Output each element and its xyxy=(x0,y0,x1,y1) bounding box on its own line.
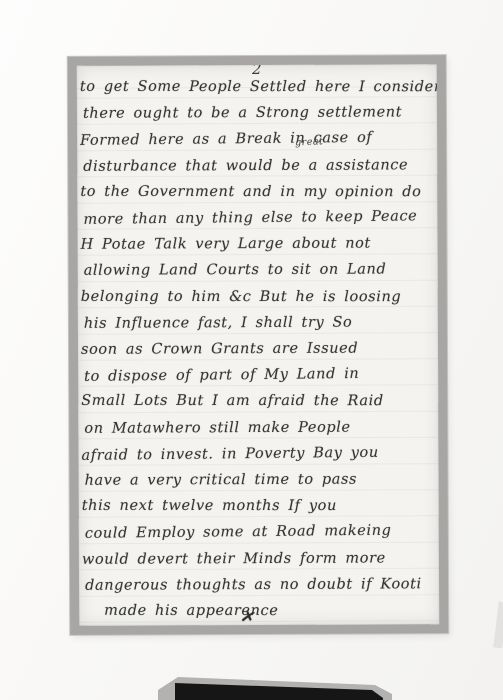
scan-background: { "photo": { "page_number": "2", "lines"… xyxy=(0,0,503,700)
inserted-word-above-line: great xyxy=(295,136,324,148)
photograph-of-letter-page: 2 to get Some People Settled here I cons… xyxy=(68,55,449,635)
manuscript-line: could Employ some at Road makeing xyxy=(85,518,435,548)
manuscript-line: Formed here as a Break in case of xyxy=(80,125,433,155)
manuscript-line: have a very critical time to pass xyxy=(85,466,435,494)
manuscript-line: soon as Crown Grants are Issued xyxy=(81,335,434,363)
manuscript-line: to get Some People Settled here I consid… xyxy=(80,74,433,101)
manuscript-line: dangerous thoughts as no doubt if Kooti xyxy=(85,571,435,599)
manuscript-line: more than any thing else to keep Peace xyxy=(83,203,433,233)
scan-scratch-artifact xyxy=(493,602,503,649)
manuscript-line: disturbance that would be a assistance xyxy=(83,152,433,180)
manuscript-line: on Matawhero still make People xyxy=(84,414,434,442)
manuscript-line: would devert their Minds form more xyxy=(82,545,435,573)
manuscript-line: to dispose of part of My Land in xyxy=(84,360,434,390)
manuscript-paper: 2 to get Some People Settled here I cons… xyxy=(77,64,439,626)
manuscript-text: to get Some People Settled here I consid… xyxy=(80,73,435,625)
manuscript-line: made his appearence xyxy=(104,598,435,624)
manuscript-line: allowing Land Courts to sit on Land xyxy=(84,257,434,285)
manuscript-line: this next twelve months If you xyxy=(82,493,435,520)
pen-mark-icon: ✗ xyxy=(239,607,258,626)
next-photo-edge xyxy=(0,660,503,700)
manuscript-line: to the Government and in my opinion do xyxy=(80,179,433,206)
manuscript-line: belonging to him &c But he is loosing xyxy=(81,283,434,310)
manuscript-line: Small Lots But I am afraid the Raid xyxy=(81,388,434,415)
manuscript-line: afraid to invest. in Poverty Bay you xyxy=(81,439,434,469)
manuscript-line: his Influence fast, I shall try So xyxy=(84,309,434,337)
manuscript-line: there ought to be a Strong settlement xyxy=(83,99,433,127)
manuscript-line: H Potae Talk very Large about not xyxy=(81,230,434,258)
